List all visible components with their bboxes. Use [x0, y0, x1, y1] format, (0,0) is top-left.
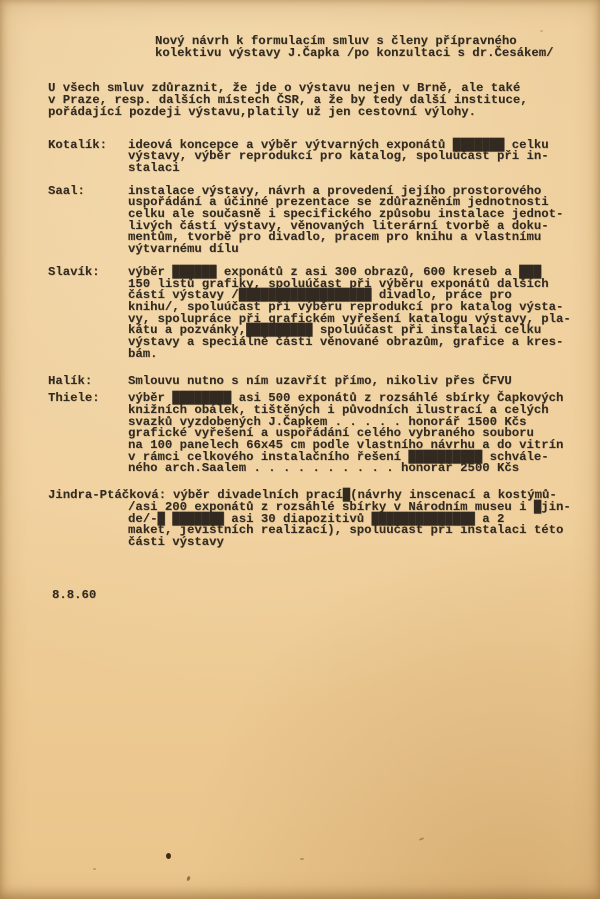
entry-saal: Saal: instalace výstavy, návrh a provede…	[0, 186, 600, 256]
text-line: výstavy, výběr reprodukcí pro katalog, s…	[128, 151, 600, 163]
entry-slavik: Slavík: výběr ██████ exponátů z asi 300 …	[0, 267, 600, 361]
entry-label: Halík:	[48, 376, 92, 388]
entry-jindra-ptackova: Jindra-Ptáčková: výběr divadelních prací…	[0, 490, 600, 549]
entry-text: ideová koncepce a výběr výtvarných expon…	[128, 140, 600, 175]
entry-kotalik: Kotalík: ideová koncepce a výběr výtvarn…	[0, 140, 600, 175]
text-line: bám.	[128, 349, 600, 361]
text-line: části výstavy	[128, 537, 600, 549]
paper-speck	[186, 876, 191, 882]
text-line: Smlouvu nutno s ním uzavřít přímo, nikol…	[128, 376, 600, 388]
entry-label: Slavík:	[48, 267, 100, 279]
entry-text: výběr ████████ asi 500 exponátů z rozsáh…	[128, 393, 600, 475]
text-line: výstavy a speciálně části věnované obraz…	[128, 337, 600, 349]
entry-label: Kotalík:	[48, 140, 107, 152]
text-line: stalaci	[128, 163, 600, 175]
document-title: Nový návrh k formulacím smluv s členy př…	[155, 36, 600, 59]
paper-speck	[419, 837, 424, 841]
paper-speck	[300, 858, 304, 860]
entry-list: Kotalík: ideová koncepce a výběr výtvarn…	[0, 140, 600, 549]
entry-label: Jindra-Ptáčková:	[48, 490, 166, 502]
entry-label: Thiele:	[48, 393, 100, 405]
paper-speck	[93, 868, 96, 870]
entry-text: výběr ██████ exponátů z asi 300 obrazů, …	[128, 267, 600, 361]
text-line: pořádající pozdeji výstavu,platily už je…	[48, 107, 600, 119]
entry-thiele: Thiele: výběr ████████ asi 500 exponátů …	[0, 393, 600, 475]
paper-speck	[166, 853, 171, 859]
title-line: kolektivu výstavy J.Čapka /po konzultaci…	[155, 48, 600, 60]
paper-speck	[540, 30, 543, 32]
entry-text: výběr divadelních prací█(návrhy inscenac…	[128, 490, 600, 549]
entry-label: Saal:	[48, 186, 85, 198]
text-line: výtvarnému dílu	[128, 244, 600, 256]
entry-text: Smlouvu nutno s ním uzavřít přímo, nikol…	[128, 376, 600, 388]
document-page: Nový návrh k formulacím smluv s členy př…	[0, 0, 600, 899]
entry-halik: Halík: Smlouvu nutno s ním uzavřít přímo…	[0, 376, 600, 388]
document-date: 8.8.60	[52, 590, 600, 602]
intro-paragraph: U všech smluv zdůraznit, že jde o výstav…	[48, 83, 600, 118]
entry-text: instalace výstavy, návrh a provedení jej…	[128, 186, 600, 256]
text-line: ného arch.Saalem . . . . . . . . . . hon…	[128, 463, 600, 475]
